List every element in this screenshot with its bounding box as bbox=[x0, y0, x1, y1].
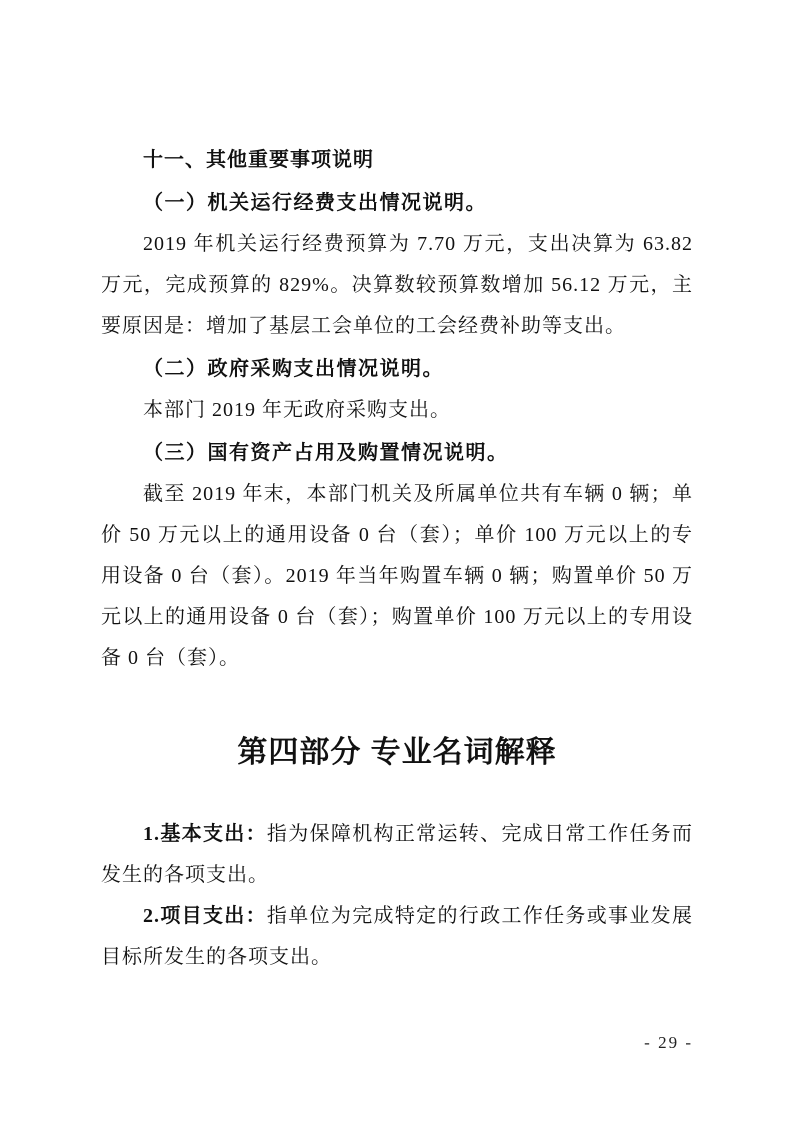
body-line: 本部门 2019 年无政府采购支出。 bbox=[101, 390, 693, 431]
body-line: 2019 年机关运行经费预算为 7.70 万元，支出决算为 63.82 bbox=[101, 224, 693, 265]
body-line: 截至 2019 年末，本部门机关及所属单位共有车辆 0 辆；单 bbox=[101, 474, 693, 515]
body-line: 元以上的通用设备 0 台（套）；购置单价 100 万元以上的专用设 bbox=[101, 597, 693, 638]
term-2-text: 指单位为完成特定的行政工作任务或事业发展 bbox=[267, 905, 693, 927]
footer-page-number: - 29 - bbox=[101, 1032, 693, 1054]
page-content: 十一、其他重要事项说明 （一）机关运行经费支出情况说明。 2019 年机关运行经… bbox=[101, 0, 693, 978]
subsection-1-heading: （一）机关运行经费支出情况说明。 bbox=[101, 183, 693, 224]
term-1-text: 指为保障机构正常运转、完成日常工作任务而 bbox=[267, 823, 693, 845]
subsection-2-heading: （二）政府采购支出情况说明。 bbox=[101, 349, 693, 390]
body-line: 万元，完成预算的 829%。决算数较预算数增加 56.12 万元，主 bbox=[101, 265, 693, 306]
section-heading: 十一、其他重要事项说明 bbox=[101, 140, 693, 181]
term-definition-line: 1.基本支出：指为保障机构正常运转、完成日常工作任务而 bbox=[101, 814, 693, 855]
term-definition-line: 发生的各项支出。 bbox=[101, 855, 693, 896]
part4-heading: 第四部分 专业名词解释 bbox=[101, 731, 693, 775]
body-line: 用设备 0 台（套）。2019 年当年购置车辆 0 辆；购置单价 50 万 bbox=[101, 556, 693, 597]
body-line: 备 0 台（套）。 bbox=[101, 638, 693, 679]
term-definition-line: 目标所发生的各项支出。 bbox=[101, 937, 693, 978]
document-page: 十一、其他重要事项说明 （一）机关运行经费支出情况说明。 2019 年机关运行经… bbox=[0, 0, 793, 1122]
body-line: 要原因是：增加了基层工会单位的工会经费补助等支出。 bbox=[101, 306, 693, 347]
term-1-label: 1.基本支出： bbox=[143, 823, 267, 845]
term-definition-line: 2.项目支出：指单位为完成特定的行政工作任务或事业发展 bbox=[101, 896, 693, 937]
term-2-label: 2.项目支出： bbox=[143, 905, 267, 927]
body-line: 价 50 万元以上的通用设备 0 台（套）；单价 100 万元以上的专 bbox=[101, 515, 693, 556]
subsection-3-heading: （三）国有资产占用及购置情况说明。 bbox=[101, 433, 693, 474]
